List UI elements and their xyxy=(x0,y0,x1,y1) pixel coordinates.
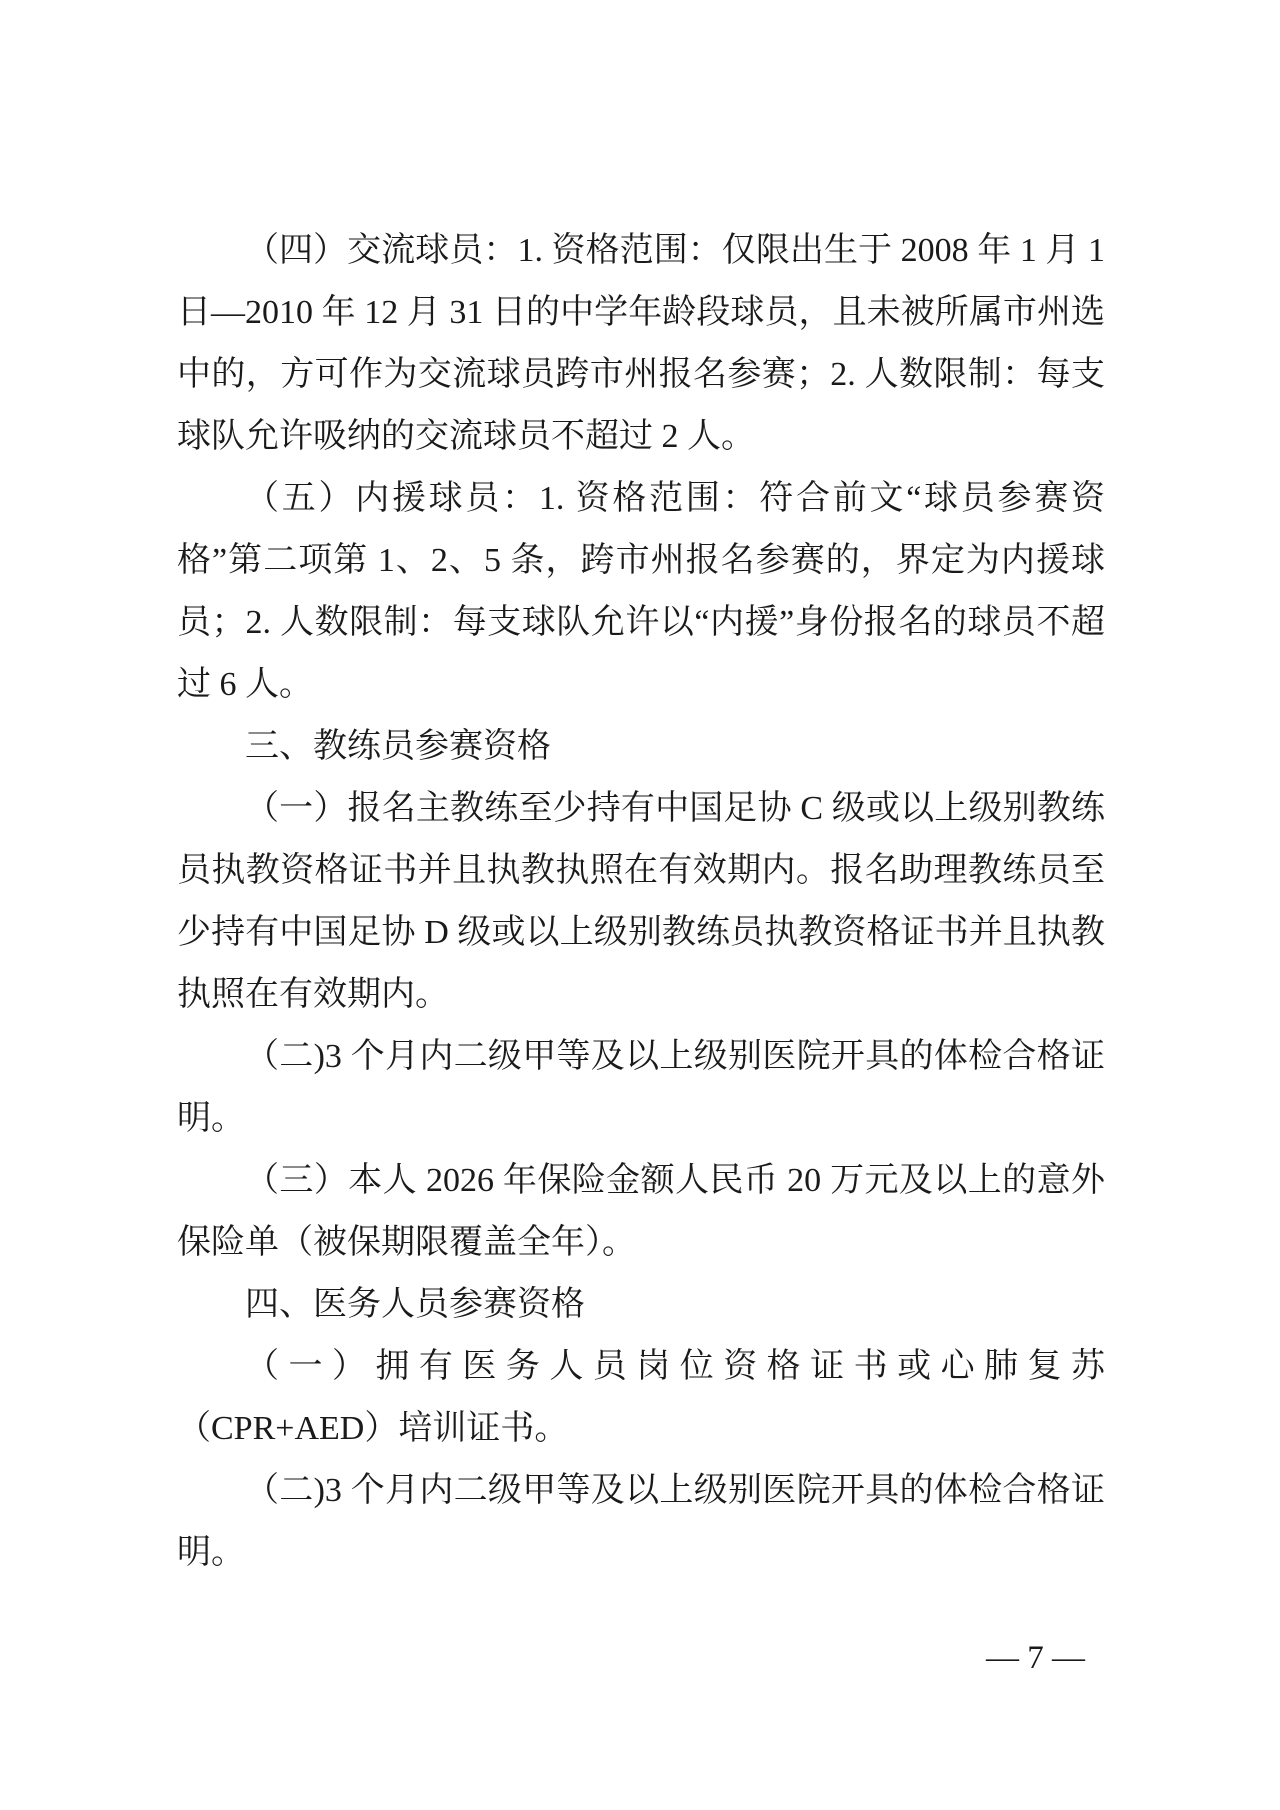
paragraph-medical-staff-certificate: （一）拥有医务人员岗位资格证书或心肺复苏（CPR+AED）培训证书。 xyxy=(177,1336,1105,1460)
page-number: — 7 — xyxy=(986,1638,1085,1678)
section-heading-coaches: 三、教练员参赛资格 xyxy=(177,716,1105,778)
paragraph-internal-transfer-players: （五）内援球员：1. 资格范围：符合前文“球员参赛资格”第二项第 1、2、5 条… xyxy=(177,468,1105,716)
paragraph-exchange-players: （四）交流球员：1. 资格范围：仅限出生于 2008 年 1 月 1 日—201… xyxy=(177,220,1105,468)
document-body: （四）交流球员：1. 资格范围：仅限出生于 2008 年 1 月 1 日—201… xyxy=(177,220,1105,1584)
document-page: （四）交流球员：1. 资格范围：仅限出生于 2008 年 1 月 1 日—201… xyxy=(0,0,1280,1810)
paragraph-medical-staff-medical-certificate: （二)3 个月内二级甲等及以上级别医院开具的体检合格证明。 xyxy=(177,1460,1105,1584)
paragraph-coach-medical-certificate: （二)3 个月内二级甲等及以上级别医院开具的体检合格证明。 xyxy=(177,1026,1105,1150)
paragraph-coach-insurance: （三）本人 2026 年保险金额人民币 20 万元及以上的意外保险单（被保期限覆… xyxy=(177,1150,1105,1274)
paragraph-coach-license: （一）报名主教练至少持有中国足协 C 级或以上级别教练员执教资格证书并且执教执照… xyxy=(177,778,1105,1026)
section-heading-medical-staff: 四、医务人员参赛资格 xyxy=(177,1274,1105,1336)
